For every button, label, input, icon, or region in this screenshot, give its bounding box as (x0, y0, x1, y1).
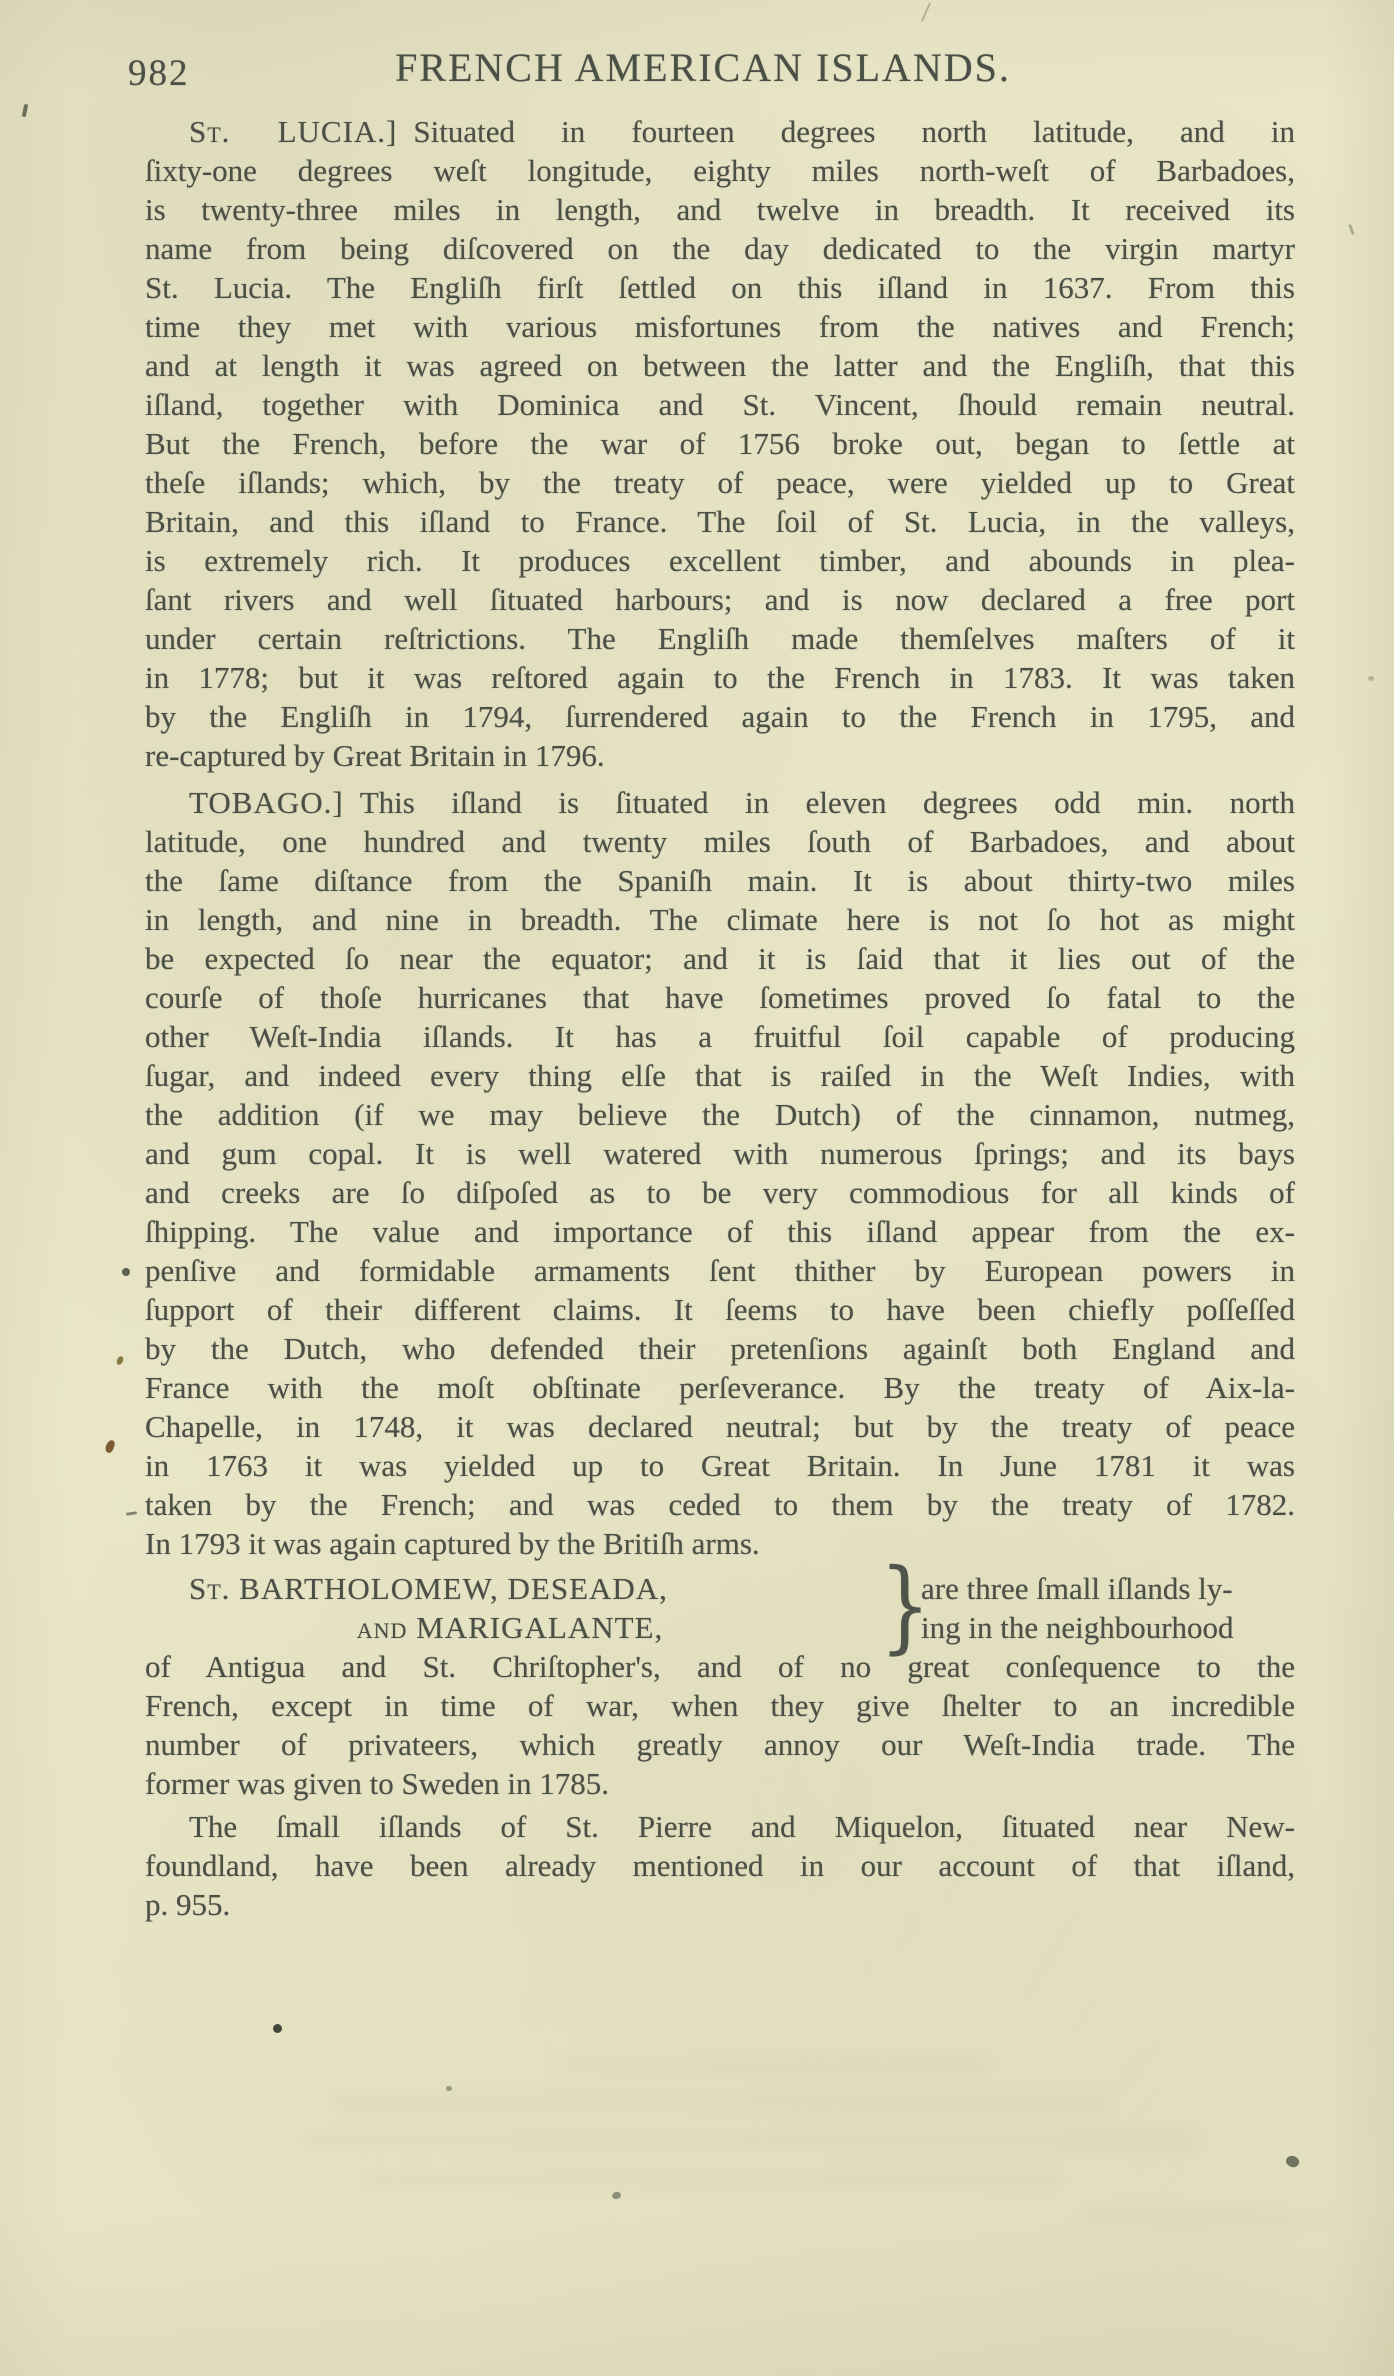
text-line: under certain reſtrictions. The Engliſh … (145, 619, 1295, 658)
paragraph-three-islands: St. BARTHOLOMEW, DESEADA, and MARIGALANT… (145, 1569, 1295, 1647)
text-line: name from being diſcovered on the day de… (145, 229, 1295, 268)
text-line: The ſmall iſlands of St. Pierre and Miqu… (145, 1807, 1295, 1846)
ink-speck (273, 2024, 282, 2033)
paragraph-st-pierre-miquelon: The ſmall iſlands of St. Pierre and Miqu… (145, 1807, 1295, 1924)
text-line: be expected ſo near the equator; and it … (145, 939, 1295, 978)
ink-speck (1284, 2153, 1301, 2169)
text-line: re-captured by Great Britain in 1796. (145, 736, 1295, 775)
ink-speck (1348, 224, 1355, 235)
text-line: TOBAGO.]This iſland is ſituated in eleve… (145, 783, 1295, 822)
text-block: St. LUCIA.]Situated in fourteen degrees … (145, 112, 1295, 1924)
ink-speck (611, 2191, 622, 2200)
island-description-line-2: ing in the neighbourhood (921, 1608, 1295, 1647)
text-line: taken by the French; and was ceded to th… (145, 1485, 1295, 1524)
text-line: p. 955. (145, 1885, 1295, 1924)
paragraph-st-lucia: St. LUCIA.]Situated in fourteen degrees … (145, 112, 1295, 775)
ink-speck (126, 1511, 137, 1516)
text-line: number of privateers, which greatly anno… (145, 1725, 1295, 1764)
section-heading: TOBAGO.] (189, 785, 344, 820)
ink-speck (22, 104, 29, 118)
text-line: In 1793 it was again captured by the Bri… (145, 1524, 1295, 1563)
island-names-line-1: St. BARTHOLOMEW, DESEADA, (145, 1569, 875, 1608)
showthrough-band (360, 2172, 1060, 2187)
ink-speck (115, 1355, 124, 1366)
ink-speck (446, 2086, 452, 2091)
text-line: by the Dutch, who defended their pretenſ… (145, 1329, 1295, 1368)
page-header: 982 FRENCH AMERICAN ISLANDS. (145, 44, 1295, 91)
text-line: ſugar, and indeed every thing elſe that … (145, 1056, 1295, 1095)
showthrough-band (330, 2094, 1110, 2111)
text-line: other Weſt-India iſlands. It has a fruit… (145, 1017, 1295, 1056)
text-line: France with the moſt obſtinate perſevera… (145, 1368, 1295, 1407)
island-description-column: are three ſmall iſlands ly- ing in the n… (921, 1569, 1295, 1647)
text-line: former was given to Sweden in 1785. (145, 1764, 1295, 1803)
island-names-line-2: and MARIGALANTE, (145, 1608, 875, 1647)
text-line: ſupport of their different claims. It ſe… (145, 1290, 1295, 1329)
text-line: iſland, together with Dominica and St. V… (145, 385, 1295, 424)
text-line: and creeks are ſo diſpoſed as to be very… (145, 1173, 1295, 1212)
ink-speck (122, 1268, 130, 1276)
text-line: in length, and nine in breadth. The clim… (145, 900, 1295, 939)
text-line: the addition (if we may believe the Dutc… (145, 1095, 1295, 1134)
ink-speck (1368, 676, 1374, 681)
page-number: 982 (128, 52, 190, 95)
island-description-line-1: are three ſmall iſlands ly- (921, 1569, 1295, 1608)
text-line: in 1778; but it was reſtored again to th… (145, 658, 1295, 697)
text-line: ſhipping. The value and importance of th… (145, 1212, 1295, 1251)
paragraph-tobago: TOBAGO.]This iſland is ſituated in eleve… (145, 783, 1295, 1563)
text-line: Britain, and this iſland to France. The … (145, 502, 1295, 541)
paragraph-three-islands-continued: of Antigua and St. Chriſtopher's, and of… (145, 1647, 1295, 1803)
text-line: by the Engliſh in 1794, ſurrendered agai… (145, 697, 1295, 736)
text-line: French, except in time of war, when they… (145, 1686, 1295, 1725)
text-line: is extremely rich. It produces excellent… (145, 541, 1295, 580)
ink-speck (921, 2, 931, 21)
showthrough-band (300, 2132, 1200, 2149)
text-line: latitude, one hundred and twenty miles ſ… (145, 822, 1295, 861)
text-line: But the French, before the war of 1756 b… (145, 424, 1295, 463)
running-title: FRENCH AMERICAN ISLANDS. (145, 44, 1295, 91)
text-line: and gum copal. It is well watered with n… (145, 1134, 1295, 1173)
text-line: theſe iſlands; which, by the treaty of p… (145, 463, 1295, 502)
text-line: courſe of thoſe hurricanes that have ſom… (145, 978, 1295, 1017)
showthrough-band (1080, 2210, 1340, 2224)
text-line: in 1763 it was yielded up to Great Brita… (145, 1446, 1295, 1485)
text-line: St. LUCIA.]Situated in fourteen degrees … (145, 112, 1295, 151)
island-names-column: St. BARTHOLOMEW, DESEADA, and MARIGALANT… (145, 1569, 875, 1647)
text-line: the ſame diſtance from the Spaniſh main.… (145, 861, 1295, 900)
text-line: ſixty-one degrees weſt longitude, eighty… (145, 151, 1295, 190)
showthrough-band (560, 2058, 990, 2073)
section-heading: St. LUCIA.] (189, 114, 397, 149)
text-line: of Antigua and St. Chriſtopher's, and of… (145, 1647, 1295, 1686)
text-line: time they met with various misfortunes f… (145, 307, 1295, 346)
text-line: Chapelle, in 1748, it was declared neutr… (145, 1407, 1295, 1446)
text-line: ſant rivers and well ſituated harbours; … (145, 580, 1295, 619)
text-line: foundland, have been already mentioned i… (145, 1846, 1295, 1885)
ink-speck (104, 1439, 116, 1454)
text-line: penſive and formidable armaments ſent th… (145, 1251, 1295, 1290)
text-line: is twenty-three miles in length, and twe… (145, 190, 1295, 229)
text-line: St. Lucia. The Engliſh firſt ſettled on … (145, 268, 1295, 307)
text-line: and at length it was agreed on between t… (145, 346, 1295, 385)
book-page: 982 FRENCH AMERICAN ISLANDS. St. LUCIA.]… (0, 0, 1394, 2376)
brace-glyph: } (880, 1569, 917, 1647)
